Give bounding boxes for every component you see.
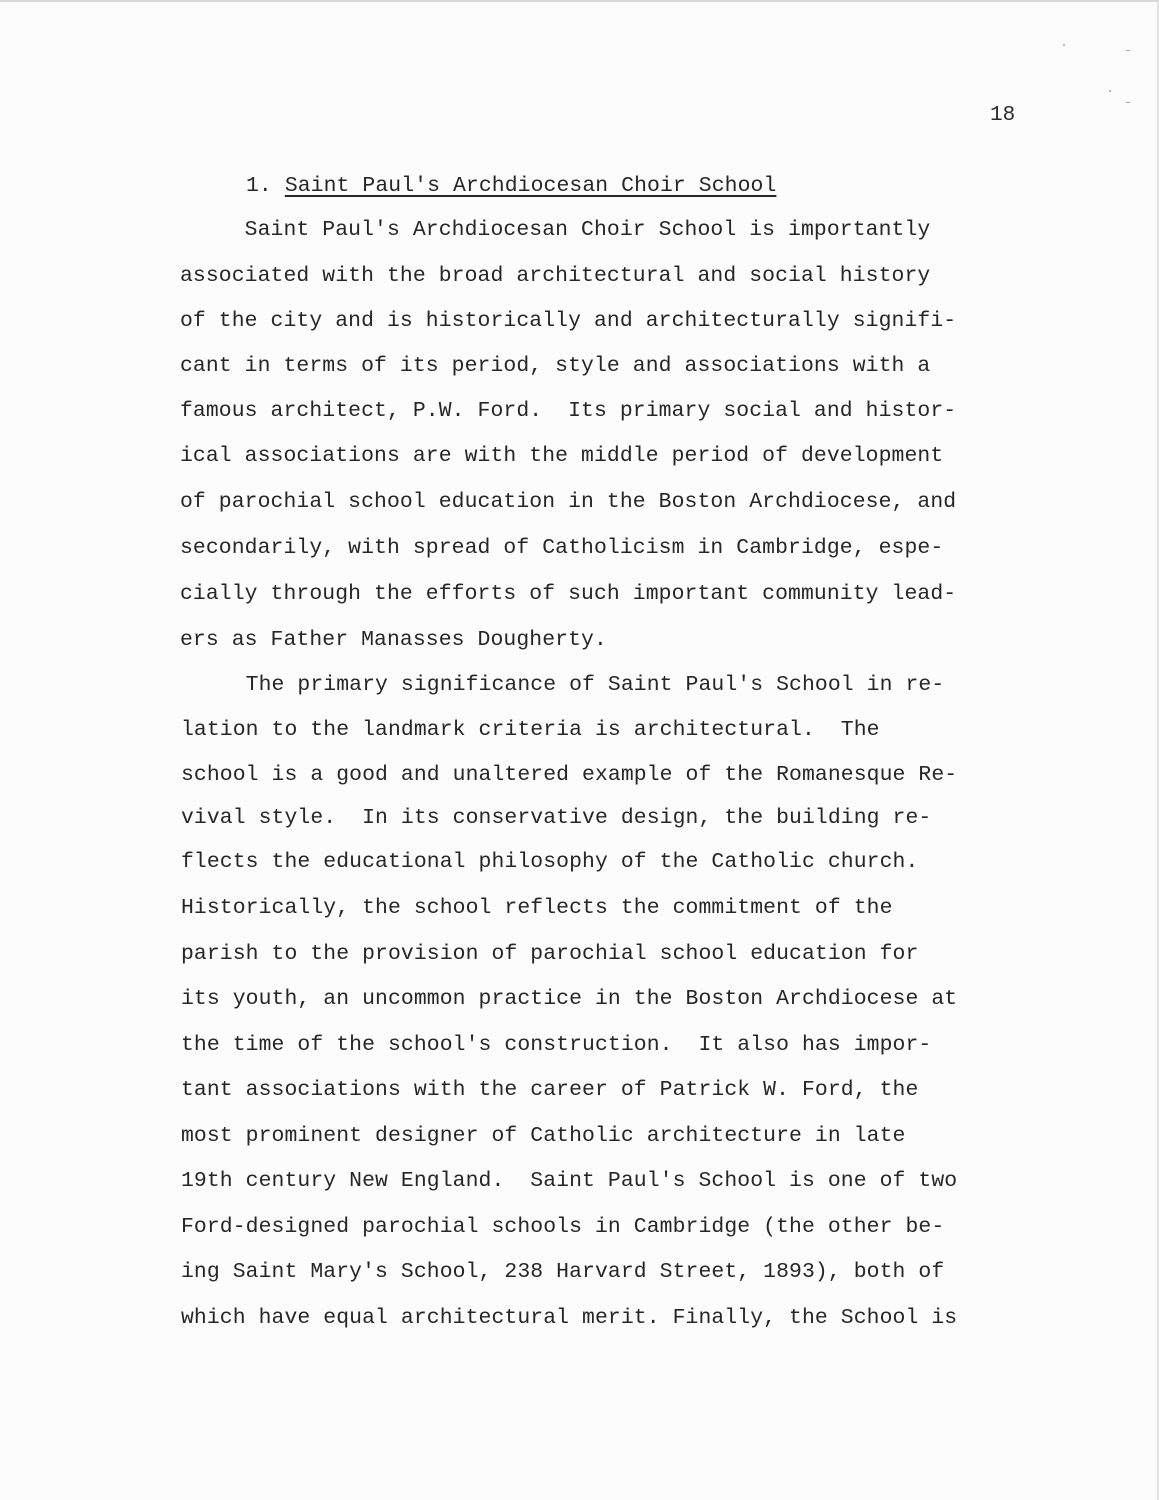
paragraph-2-line: parish to the provision of parochial sch… (181, 942, 918, 966)
paragraph-2-line: ing Saint Mary's School, 238 Harvard Str… (181, 1260, 944, 1284)
paragraph-2-line: which have equal architectural merit. Fi… (181, 1306, 957, 1330)
paragraph-1-line: of the city and is historically and arch… (180, 309, 956, 333)
paragraph-2-line: 19th century New England. Saint Paul's S… (181, 1169, 957, 1193)
section-title: Saint Paul's Archdiocesan Choir School (285, 174, 777, 198)
section-heading: 1. Saint Paul's Archdiocesan Choir Schoo… (246, 174, 776, 198)
scan-speck (1109, 90, 1111, 92)
paragraph-1-line: ers as Father Manasses Dougherty. (180, 628, 607, 652)
scan-speck (1126, 50, 1130, 51)
paragraph-2-line: its youth, an uncommon practice in the B… (181, 987, 957, 1011)
paragraph-2-line: school is a good and unaltered example o… (181, 763, 957, 787)
paragraph-2-line: most prominent designer of Catholic arch… (181, 1124, 905, 1148)
paragraph-2-line: The primary significance of Saint Paul's… (181, 673, 944, 697)
paragraph-2-line: flects the educational philosophy of the… (181, 850, 918, 874)
paragraph-1-line: of parochial school education in the Bos… (180, 490, 956, 514)
scan-speck (1063, 44, 1065, 46)
paragraph-1-line: cially through the efforts of such impor… (180, 582, 956, 606)
paragraph-2-line: Ford-designed parochial schools in Cambr… (181, 1215, 944, 1239)
paragraph-1-line: famous architect, P.W. Ford. Its primary… (180, 399, 956, 423)
page-number: 18 (990, 104, 1015, 127)
paragraph-1-line: associated with the broad architectural … (180, 264, 930, 288)
paragraph-1-line: secondarily, with spread of Catholicism … (180, 536, 943, 560)
paragraph-2-line: lation to the landmark criteria is archi… (181, 718, 880, 742)
paragraph-2-line: Historically, the school reflects the co… (181, 896, 893, 920)
paragraph-2-line: the time of the school's construction. I… (181, 1033, 931, 1057)
document-page: 18 1. Saint Paul's Archdiocesan Choir Sc… (0, 0, 1159, 1500)
paragraph-2-line: vival style. In its conservative design,… (181, 806, 931, 830)
scan-speck (1126, 102, 1130, 103)
paragraph-2-line: tant associations with the career of Pat… (181, 1078, 918, 1102)
paragraph-1-line: cant in terms of its period, style and a… (180, 354, 930, 378)
paragraph-1-line: ical associations are with the middle pe… (180, 444, 943, 468)
paragraph-1-line: Saint Paul's Archdiocesan Choir School i… (180, 218, 930, 242)
section-number: 1. (246, 174, 272, 198)
